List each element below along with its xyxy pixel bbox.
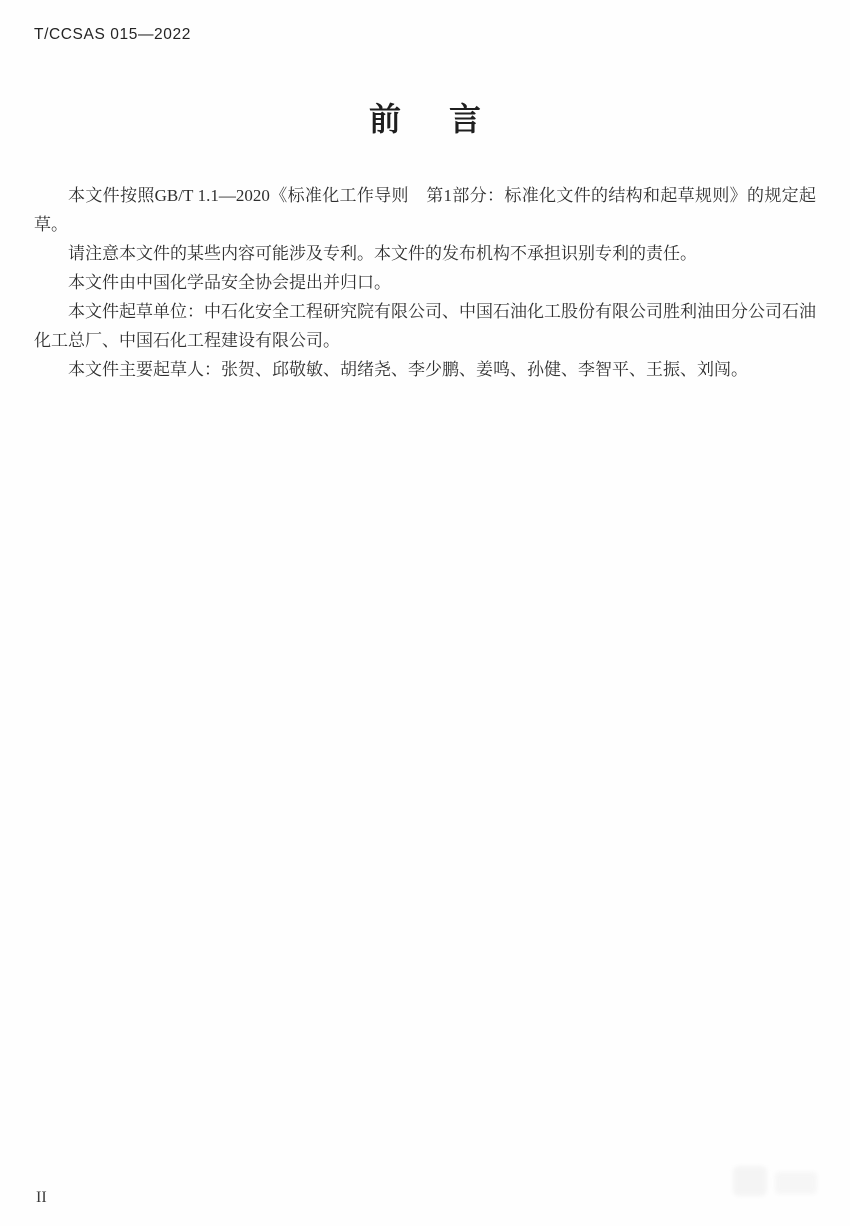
faint-watermark (733, 1156, 821, 1204)
paragraph: 请注意本文件的某些内容可能涉及专利。本文件的发布机构不承担识别专利的责任。 (34, 239, 816, 268)
paragraph: 本文件由中国化学品安全协会提出并归口。 (34, 268, 816, 297)
watermark-smudge (733, 1166, 767, 1196)
paragraph: 本文件主要起草人：张贺、邱敬敏、胡绪尧、李少鹏、姜鸣、孙健、李智平、王振、刘闯。 (34, 355, 816, 384)
paragraph: 本文件按照GB/T 1.1—2020《标准化工作导则 第1部分：标准化文件的结构… (34, 181, 816, 239)
page-number: II (36, 1189, 47, 1207)
page-title: 前 言 (0, 94, 850, 140)
watermark-smudge (775, 1172, 817, 1194)
paragraph: 本文件起草单位：中石化安全工程研究院有限公司、中国石油化工股份有限公司胜利油田分… (34, 297, 816, 355)
standard-code: T/CCSAS 015—2022 (34, 26, 191, 44)
document-page: T/CCSAS 015—2022 前 言 本文件按照GB/T 1.1—2020《… (0, 0, 850, 1226)
foreword-body: 本文件按照GB/T 1.1—2020《标准化工作导则 第1部分：标准化文件的结构… (34, 181, 816, 384)
